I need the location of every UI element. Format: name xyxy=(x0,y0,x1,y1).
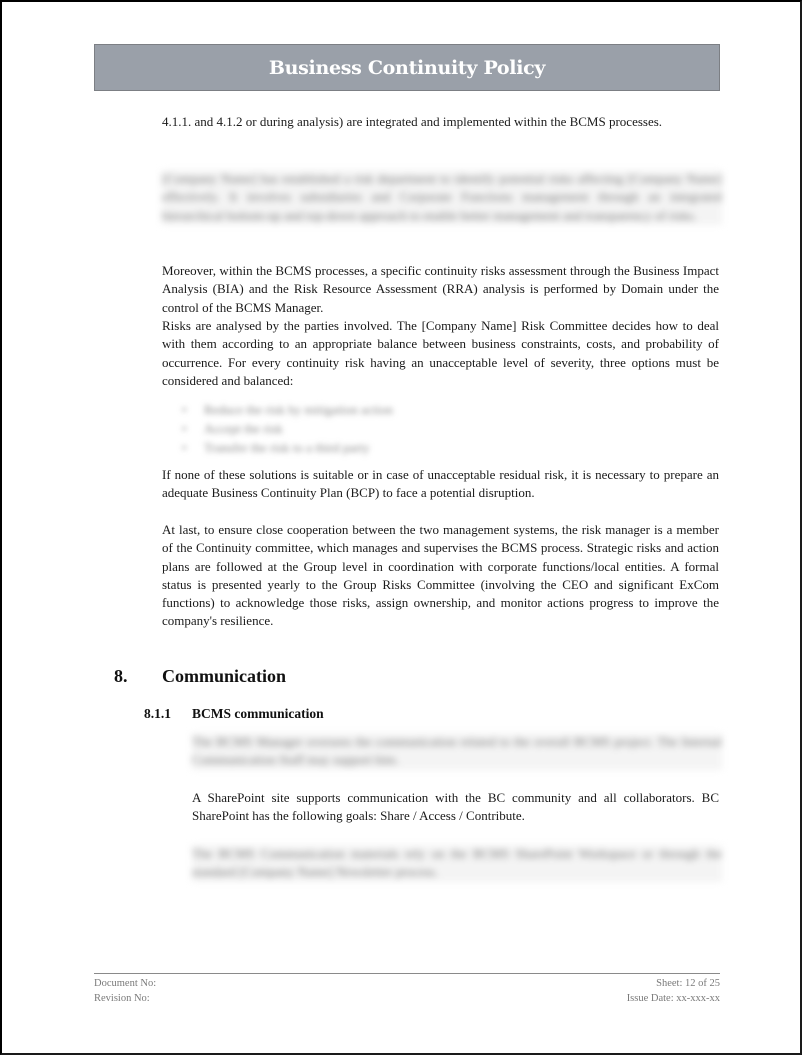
paragraph-risks: Risks are analysed by the parties involv… xyxy=(162,317,719,390)
paragraph-sharepoint: A SharePoint site supports communication… xyxy=(192,789,719,826)
redacted-paragraph: The BCMS Manager oversees the communicat… xyxy=(192,733,722,770)
paragraph-bcp: If none of these solutions is suitable o… xyxy=(162,466,719,503)
list-item: Reduce the risk by mitigation action xyxy=(182,400,482,419)
issue-date: Issue Date: xx-xxx-xx xyxy=(627,991,720,1006)
section-heading-communication: 8.Communication xyxy=(114,666,286,687)
redacted-paragraph: [Company Name] has established a risk de… xyxy=(162,170,722,225)
list-item: Accept the risk xyxy=(182,419,482,438)
document-page: Business Continuity Policy 4.1.1. and 4.… xyxy=(0,0,802,1055)
list-item: Transfer the risk to a third party xyxy=(182,438,482,457)
document-header-bar: Business Continuity Policy xyxy=(94,44,720,91)
redacted-paragraph: The BCMS Communication materials rely on… xyxy=(192,845,722,882)
section-title: Communication xyxy=(162,666,286,686)
document-title: Business Continuity Policy xyxy=(269,57,545,79)
paragraph-bia: Moreover, within the BCMS processes, a s… xyxy=(162,262,719,317)
section-number: 8. xyxy=(114,666,162,687)
subsection-number: 8.1.1 xyxy=(144,706,192,722)
redacted-options-list: Reduce the risk by mitigation action Acc… xyxy=(182,400,482,457)
document-footer: Document No: Sheet: 12 of 25 Revision No… xyxy=(94,976,720,1006)
revision-number-label: Revision No: xyxy=(94,991,150,1006)
sheet-number: Sheet: 12 of 25 xyxy=(656,976,720,991)
paragraph-at-last: At last, to ensure close cooperation bet… xyxy=(162,521,719,631)
subsection-heading-bcms-communication: 8.1.1BCMS communication xyxy=(144,706,324,722)
document-number-label: Document No: xyxy=(94,976,156,991)
footer-divider xyxy=(94,973,720,974)
paragraph-intro: 4.1.1. and 4.1.2 or during analysis) are… xyxy=(162,113,719,131)
subsection-title: BCMS communication xyxy=(192,706,324,721)
